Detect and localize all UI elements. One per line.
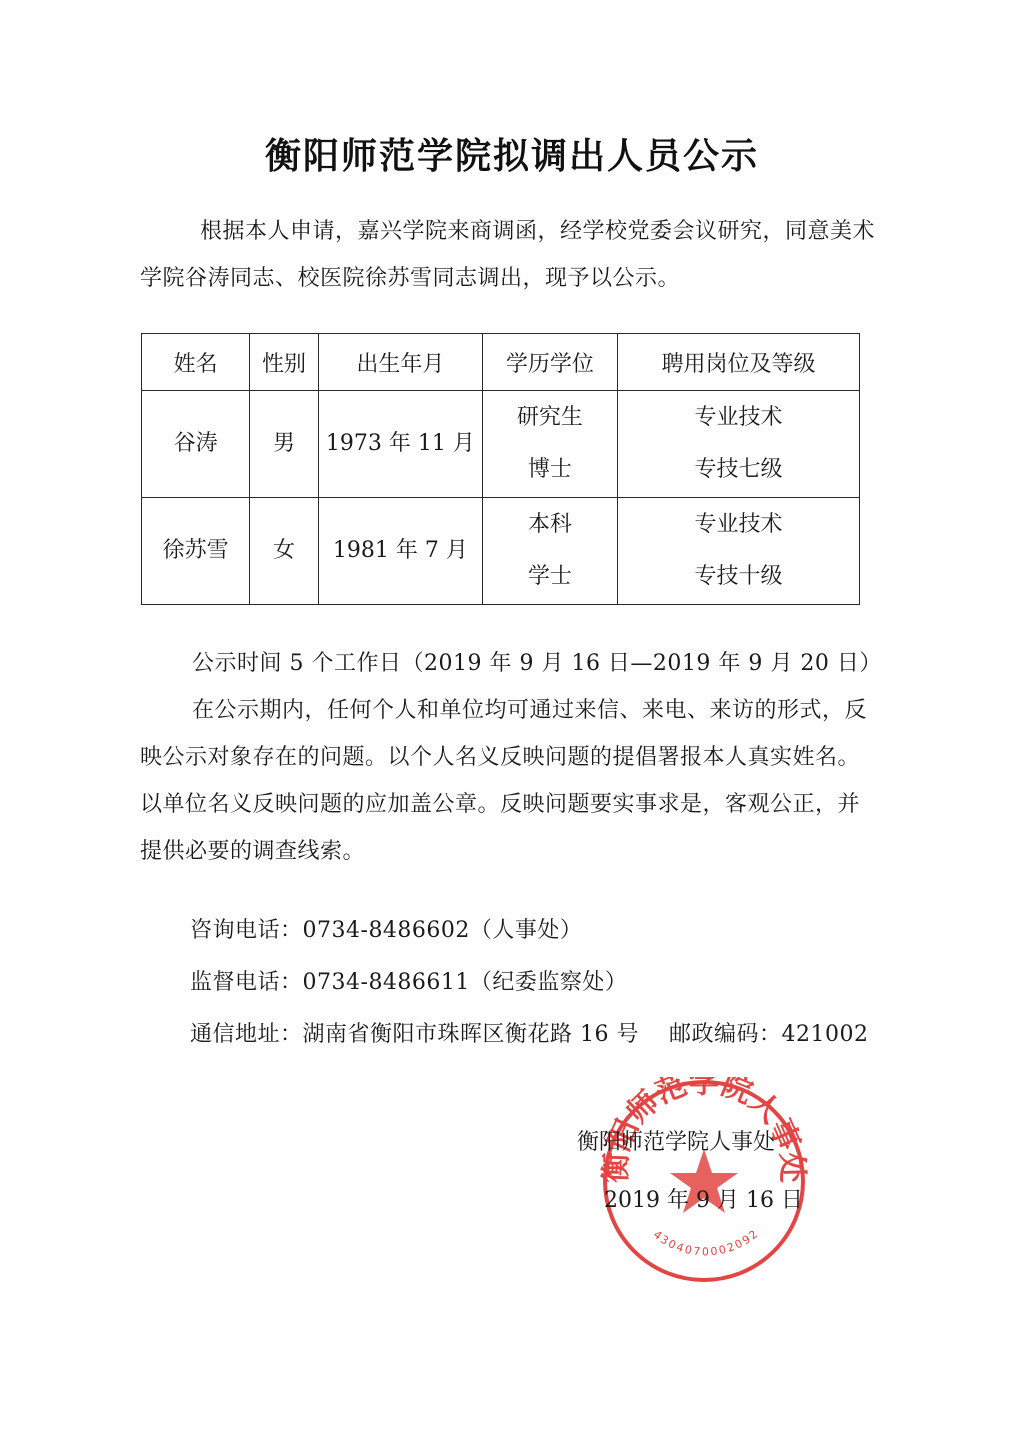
document-page: 衡阳师范学院拟调出人员公示 根据本人申请，嘉兴学院来商调函，经学校党委会议研究，… xyxy=(0,0,1024,1448)
header-education: 学历学位 xyxy=(482,334,617,391)
postcode-label: 邮政编码： xyxy=(669,1022,782,1047)
cell-name: 谷涛 xyxy=(142,391,250,498)
contact-section: 咨询电话：0734-8486602（人事处） 监督电话：0734-8486611… xyxy=(190,905,890,1061)
cell-birth: 1981 年 7 月 xyxy=(318,498,482,605)
svg-text:4304070002092: 4304070002092 xyxy=(651,1226,762,1258)
cell-birth: 1973 年 11 月 xyxy=(318,391,482,498)
header-post: 聘用岗位及等级 xyxy=(617,334,859,391)
supervise-phone: 0734-8486611（纪委监察处） xyxy=(303,970,628,995)
address-line: 通信地址：湖南省衡阳市珠晖区衡花路 16 号邮政编码：421002 xyxy=(190,1009,890,1061)
cell-education: 本科 学士 xyxy=(482,498,617,605)
cell-post: 专业技术 专技七级 xyxy=(617,391,859,498)
header-birth: 出生年月 xyxy=(318,334,482,391)
notice-body: 在公示期内，任何个人和单位均可通过来信、来电、来访的形式，反映公示对象存在的问题… xyxy=(140,687,875,875)
post-type: 专业技术 xyxy=(618,392,859,444)
header-gender: 性别 xyxy=(250,334,319,391)
intro-paragraph: 根据本人申请，嘉兴学院来商调函，经学校党委会议研究，同意美术学院谷涛同志、校医院… xyxy=(140,208,875,302)
supervise-phone-line: 监督电话：0734-8486611（纪委监察处） xyxy=(190,957,890,1009)
notice-period: 公示时间 5 个工作日（2019 年 9 月 16 日—2019 年 9 月 2… xyxy=(140,640,875,687)
table-row: 徐苏雪 女 1981 年 7 月 本科 学士 专业技术 专技十级 xyxy=(142,498,860,605)
seal-serial: 4304070002092 xyxy=(651,1226,762,1258)
notice-section: 公示时间 5 个工作日（2019 年 9 月 16 日—2019 年 9 月 2… xyxy=(140,640,875,875)
personnel-table: 姓名 性别 出生年月 学历学位 聘用岗位及等级 谷涛 男 1973 年 11 月… xyxy=(141,333,860,605)
document-title: 衡阳师范学院拟调出人员公示 xyxy=(0,128,1024,179)
cell-gender: 男 xyxy=(250,391,319,498)
cell-gender: 女 xyxy=(250,498,319,605)
degree: 博士 xyxy=(483,444,617,496)
official-seal-icon: 衡阳师范学院人事处 4304070002092 xyxy=(600,1077,808,1285)
table-row: 谷涛 男 1973 年 11 月 研究生 博士 专业技术 专技七级 xyxy=(142,391,860,498)
cell-post: 专业技术 专技十级 xyxy=(617,498,859,605)
signature-date: 2019 年 9 月 16 日 xyxy=(604,1183,803,1214)
supervise-label: 监督电话： xyxy=(190,970,303,995)
education-level: 研究生 xyxy=(483,392,617,444)
address-label: 通信地址： xyxy=(190,1022,303,1047)
consult-label: 咨询电话： xyxy=(190,918,303,943)
post-level: 专技十级 xyxy=(618,551,859,603)
header-name: 姓名 xyxy=(142,334,250,391)
table-header-row: 姓名 性别 出生年月 学历学位 聘用岗位及等级 xyxy=(142,334,860,391)
consult-phone-line: 咨询电话：0734-8486602（人事处） xyxy=(190,905,890,957)
degree: 学士 xyxy=(483,551,617,603)
address: 湖南省衡阳市珠晖区衡花路 16 号 xyxy=(303,1022,639,1047)
postcode: 421002 xyxy=(782,1022,869,1047)
post-type: 专业技术 xyxy=(618,499,859,551)
cell-education: 研究生 博士 xyxy=(482,391,617,498)
education-level: 本科 xyxy=(483,499,617,551)
cell-name: 徐苏雪 xyxy=(142,498,250,605)
post-level: 专技七级 xyxy=(618,444,859,496)
consult-phone: 0734-8486602（人事处） xyxy=(303,918,583,943)
signature-org: 衡阳师范学院人事处 xyxy=(577,1125,775,1156)
